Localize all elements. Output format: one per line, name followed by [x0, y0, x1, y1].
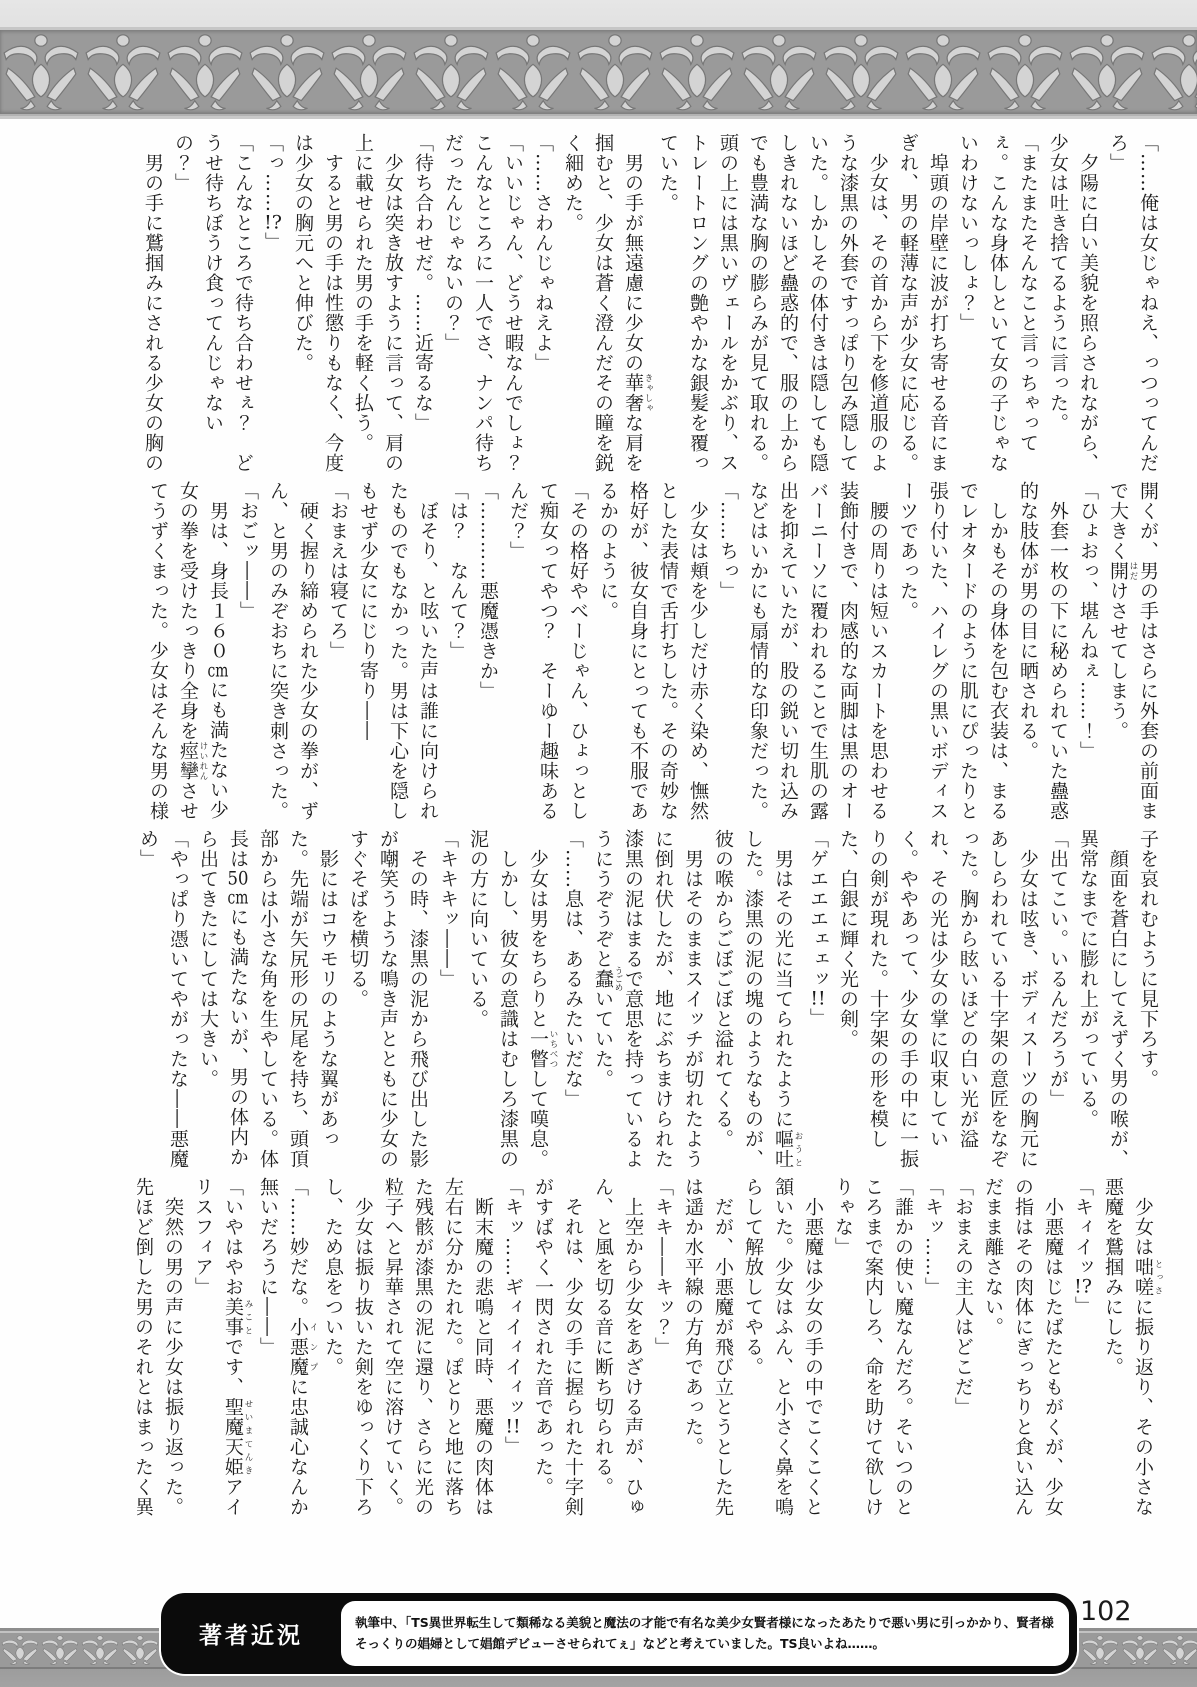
- ornament-motif-icon: [902, 30, 984, 114]
- top-ornament-border: [0, 0, 1197, 119]
- paragraph: 「出てこい。いるんだろうが」: [1043, 829, 1073, 1171]
- paragraph: 小悪魔は少女の手の中でこくこくと頷いた。少女はふん、と小さく鼻を鳴らして解放して…: [738, 1177, 828, 1519]
- paragraph: 「キッ……ギィイィイィッ!!」: [498, 1177, 528, 1519]
- paragraph: 男の手が無遠慮に少女の華奢きゃしゃな肩を掴むと、少女は蒼く澄んだその瞳を鋭く細め…: [558, 133, 653, 475]
- paragraph: 「……さわんじゃねえよ」: [528, 133, 558, 475]
- ornament-motif-icon: [328, 30, 410, 114]
- paragraph: 「……俺は女じゃねえ、っつってんだろ」: [1103, 133, 1163, 475]
- paragraph: 開くが、男の手はさらに外套の前面まで大きく開はだけさせてしまう。: [1103, 481, 1163, 823]
- paragraph: しかもその身体を包む衣装は、まるでレオタードのように肌にぴったりと張り付いた、ハ…: [893, 481, 1013, 823]
- ornament-motif-icon: [1120, 1634, 1160, 1666]
- ornament-motif-icon: [0, 30, 82, 114]
- page-background: 「……俺は女じゃねえ、っつってんだろ」 夕陽に白い美貌を照らされながら、少女は吐…: [0, 0, 1197, 1687]
- paragraph: 「おごッ――」: [233, 481, 263, 823]
- top-ornament-strip: [0, 27, 1197, 117]
- author-status-box: 著者近況 執筆中、「TS異世界転生して類稀なる美貌と魔法の才能で有名な美少女賢者…: [161, 1593, 1077, 1674]
- paragraph: 少女は頬を少しだけ赤く染め、憮然とした表情で舌打ちした。その奇妙な格好が、彼女自…: [593, 481, 713, 823]
- paragraph: 少女は咄嗟とっさに振り返り、その小さな悪魔を鷲掴みにした。: [1098, 1177, 1163, 1519]
- paragraph: 上空から少女をあざける声が、ひゅん、と風を切る音に断ち切られる。: [588, 1177, 648, 1519]
- top-border-edge: [0, 116, 1197, 119]
- paragraph: 断末魔の悲鳴と同時、悪魔の肉体は左右に分かたれた。ぽとりと地に落ちた残骸が漆黒の…: [378, 1177, 498, 1519]
- paragraph: 少女は男をちらりと一瞥いちべつして嘆息。: [523, 829, 558, 1171]
- novel-page: { "page": { "number": "102", "colors": {…: [0, 0, 1197, 1687]
- paragraph: 少女は呟き、ボディスーツの胸元にあしらわれている十字架の意匠をなぞった。胸から眩…: [833, 829, 1043, 1171]
- ornament-motif-icon: [82, 30, 164, 114]
- ornament-motif-icon: [1080, 1634, 1120, 1666]
- paragraph: 「キッ……」: [918, 1177, 948, 1519]
- ornament-motif-icon: [738, 30, 820, 114]
- paragraph: 「おまえの主人はどこだ」: [948, 1177, 978, 1519]
- page-number: 102: [1080, 1596, 1132, 1627]
- paragraph: 「ひょおっ、堪んねぇ……！」: [1073, 481, 1103, 823]
- paragraph: 「っ……!?」: [258, 133, 288, 475]
- paragraph: 「ゲエエエェェッ!!」: [803, 829, 833, 1171]
- ornament-motif-icon: [40, 1634, 80, 1666]
- author-status-text: 執筆中、「TS異世界転生して類稀なる美貌と魔法の才能で有名な美少女賢者様になった…: [355, 1613, 1055, 1654]
- ornament-motif-icon: [164, 30, 246, 114]
- paragraph: 埠頭の岸壁に波が打ち寄せる音にまぎれ、男の軽薄な声が少女に応じる。: [893, 133, 953, 475]
- paragraph: 「またまたそんなこと言っちゃってぇ。こんな身体しといて女の子じゃないわけないっし…: [953, 133, 1043, 475]
- ornament-motif-icon: [0, 1634, 40, 1666]
- paragraph: 男の手に鷲掴みにされる少女の胸の柔らかな肉付き。彼女は驚きに目を見: [137, 133, 168, 475]
- paragraph: 「いいじゃん、どうせ暇なんでしょ？ こんなところに一人でさ、ナンパ待ちだったんじ…: [438, 133, 528, 475]
- ornament-motif-icon: [246, 30, 328, 114]
- paragraph: 「いやはやお美事みことです、聖魔天姫せいまてんきアイリスフィア」: [188, 1177, 253, 1519]
- ornament-motif-icon: [80, 1634, 120, 1666]
- ornament-motif-icon: [984, 30, 1066, 114]
- paragraph: 突然の男の声に少女は振り返った。先ほど倒した男のそれとはまったく異: [137, 1177, 188, 1519]
- ornament-motif-icon: [574, 30, 656, 114]
- paragraph: それは、少女の手に握られた十字剣がすばやく一閃された音であった。: [528, 1177, 588, 1519]
- paragraph: 夕陽に白い美貌を照らされながら、少女は吐き捨てるように言った。: [1043, 133, 1103, 475]
- paragraph: その時、漆黒の泥から飛び出した影が嘲笑うような鳴き声とともに少女のすぐそばを横切…: [343, 829, 433, 1171]
- ornament-motif-icon: [656, 30, 738, 114]
- paragraph: だが、小悪魔が飛び立とうとした先は遥か水平線の方角であった。: [678, 1177, 738, 1519]
- paragraph: 腰の周りは短いスカートを思わせる装飾付きで、肉感的な両脚は黒のオーバーニーソに覆…: [743, 481, 893, 823]
- ornament-motif-icon: [1160, 1634, 1197, 1666]
- ornament-motif-icon: [492, 30, 574, 114]
- paragraph: 「……妙だな。小悪魔インプに忠誠心なんか無いだろうに――」: [253, 1177, 318, 1519]
- paragraph: 男はその光に当てられたように嘔吐おうとした。漆黒の泥の塊のようなものが、彼の喉か…: [708, 829, 803, 1171]
- paragraph: 「キキ――キッ？」: [648, 1177, 678, 1519]
- paragraph: 影にはコウモリのような翼があった。先端が矢尻形の尻尾を持ち、頭頂部からは小さな角…: [193, 829, 343, 1171]
- text-band-2: 開くが、男の手はさらに外套の前面まで大きく開はだけさせてしまう。「ひょおっ、堪ん…: [137, 481, 1163, 823]
- ornament-motif-icon: [820, 30, 902, 114]
- text-band-3: 子を哀れむように見下ろす。 顔面を蒼白にしてえずく男の喉が、異常なまでに膨れ上が…: [137, 829, 1163, 1171]
- paragraph: 「やっぱり憑いてやがったな――悪魔め」: [137, 829, 193, 1171]
- paragraph: 少女は振り抜いた剣をゆっくり下ろし、ため息をついた。: [318, 1177, 378, 1519]
- paragraph: 「は？ なんて？」: [443, 481, 473, 823]
- paragraph: しかし、彼女の意識はむしろ漆黒の泥の方に向いている。: [463, 829, 523, 1171]
- author-status-inner: 執筆中、「TS異世界転生して類稀なる美貌と魔法の才能で有名な美少女賢者様になった…: [341, 1601, 1069, 1666]
- ornament-motif-icon: [120, 1634, 160, 1666]
- paragraph: 硬く握り締められた少女の拳が、ずん、と男のみぞおちに突き刺さった。: [263, 481, 323, 823]
- paragraph: 「誰かの使い魔なんだろ。そいつのところまで案内しろ、命を助けて欲しけりゃな」: [828, 1177, 918, 1519]
- paragraph: 「その格好やべーじゃん、ひょっとして痴女ってやつ？ そーゆー趣味あるんだ？」: [503, 481, 593, 823]
- paragraph: 「こんなところで待ち合わせぇ？ どうせ待ちぼうけ食ってんじゃないの？」: [168, 133, 258, 475]
- ornament-motif-icon: [1066, 30, 1148, 114]
- paragraph: 「おまえは寝てろ」: [323, 481, 353, 823]
- paragraph: 外套一枚の下に秘められていた蠱惑的な肢体が男の目に晒される。: [1013, 481, 1073, 823]
- paragraph: 「待ち合わせだ。……近寄るな」: [408, 133, 438, 475]
- paragraph: 子を哀れむように見下ろす。: [1133, 829, 1163, 1171]
- page-text: 「……俺は女じゃねえ、っつってんだろ」 夕陽に白い美貌を照らされながら、少女は吐…: [137, 133, 1163, 1525]
- paragraph: 男は、身長１６０cmにも満たない少女の拳を受けたっきり全身を痙攣けいれんさせてう…: [143, 481, 233, 823]
- paragraph: 小悪魔はじたばたともがくが、少女の指はその肉体にぎっちりと食い込んだまま離さない…: [978, 1177, 1068, 1519]
- paragraph: ぼそり、と呟いた声は誰に向けられたものでもなかった。男は下心を隠しもせず少女にに…: [353, 481, 443, 823]
- text-band-4: 少女は咄嗟とっさに振り返り、その小さな悪魔を鷲掴みにした。「キィイッ!?」 小悪…: [137, 1177, 1163, 1519]
- paragraph: 「……息は、あるみたいだな」: [558, 829, 588, 1171]
- paragraph: 顔面を蒼白にしてえずく男の喉が、異常なまでに膨れ上がっている。: [1073, 829, 1133, 1171]
- paragraph: 少女は突き放すように言って、肩の上に載せられた男の手を軽く払う。: [348, 133, 408, 475]
- author-status-label: 著者近況: [161, 1617, 341, 1650]
- paragraph: 「…………悪魔憑きか」: [473, 481, 503, 823]
- paragraph: 「キィイッ!?」: [1068, 1177, 1098, 1519]
- ornament-motif-icon: [410, 30, 492, 114]
- paragraph: 男はそのままスイッチが切れたように倒れ伏したが、地にぶちまけられた漆黒の泥はまる…: [588, 829, 708, 1171]
- ornament-motif-icon: [1148, 30, 1197, 114]
- paragraph: すると男の手は性懲りもなく、今度は少女の胸元へと伸びた。: [288, 133, 348, 475]
- paragraph: 「……ちっ」: [713, 481, 743, 823]
- text-band-1: 「……俺は女じゃねえ、っつってんだろ」 夕陽に白い美貌を照らされながら、少女は吐…: [137, 133, 1163, 475]
- paragraph: 「キキキッ――」: [433, 829, 463, 1171]
- paragraph: 少女は、その首から下を修道服のような漆黒の外套ですっぽり包み隠していた。しかしそ…: [653, 133, 893, 475]
